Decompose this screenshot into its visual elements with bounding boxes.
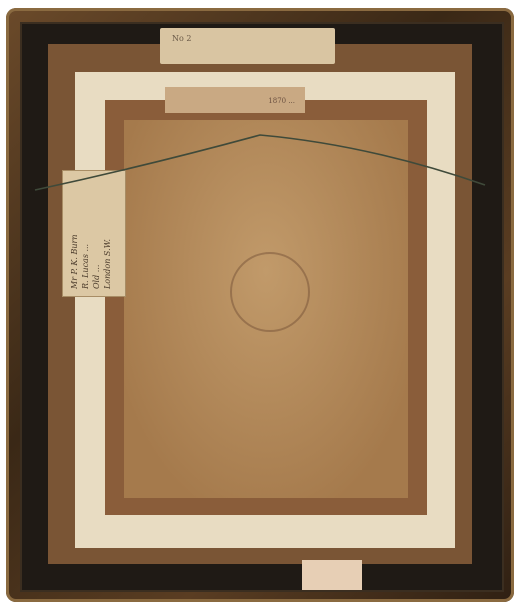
bottom-tape [302, 560, 362, 590]
mid-label: 1870 ... [165, 87, 305, 113]
canvas-stamp [230, 252, 310, 332]
top-label: No 2 [160, 28, 335, 64]
top-label-text: No 2 [172, 34, 191, 43]
hanging-wire [30, 130, 490, 200]
mid-label-text: 1870 ... [268, 97, 295, 105]
